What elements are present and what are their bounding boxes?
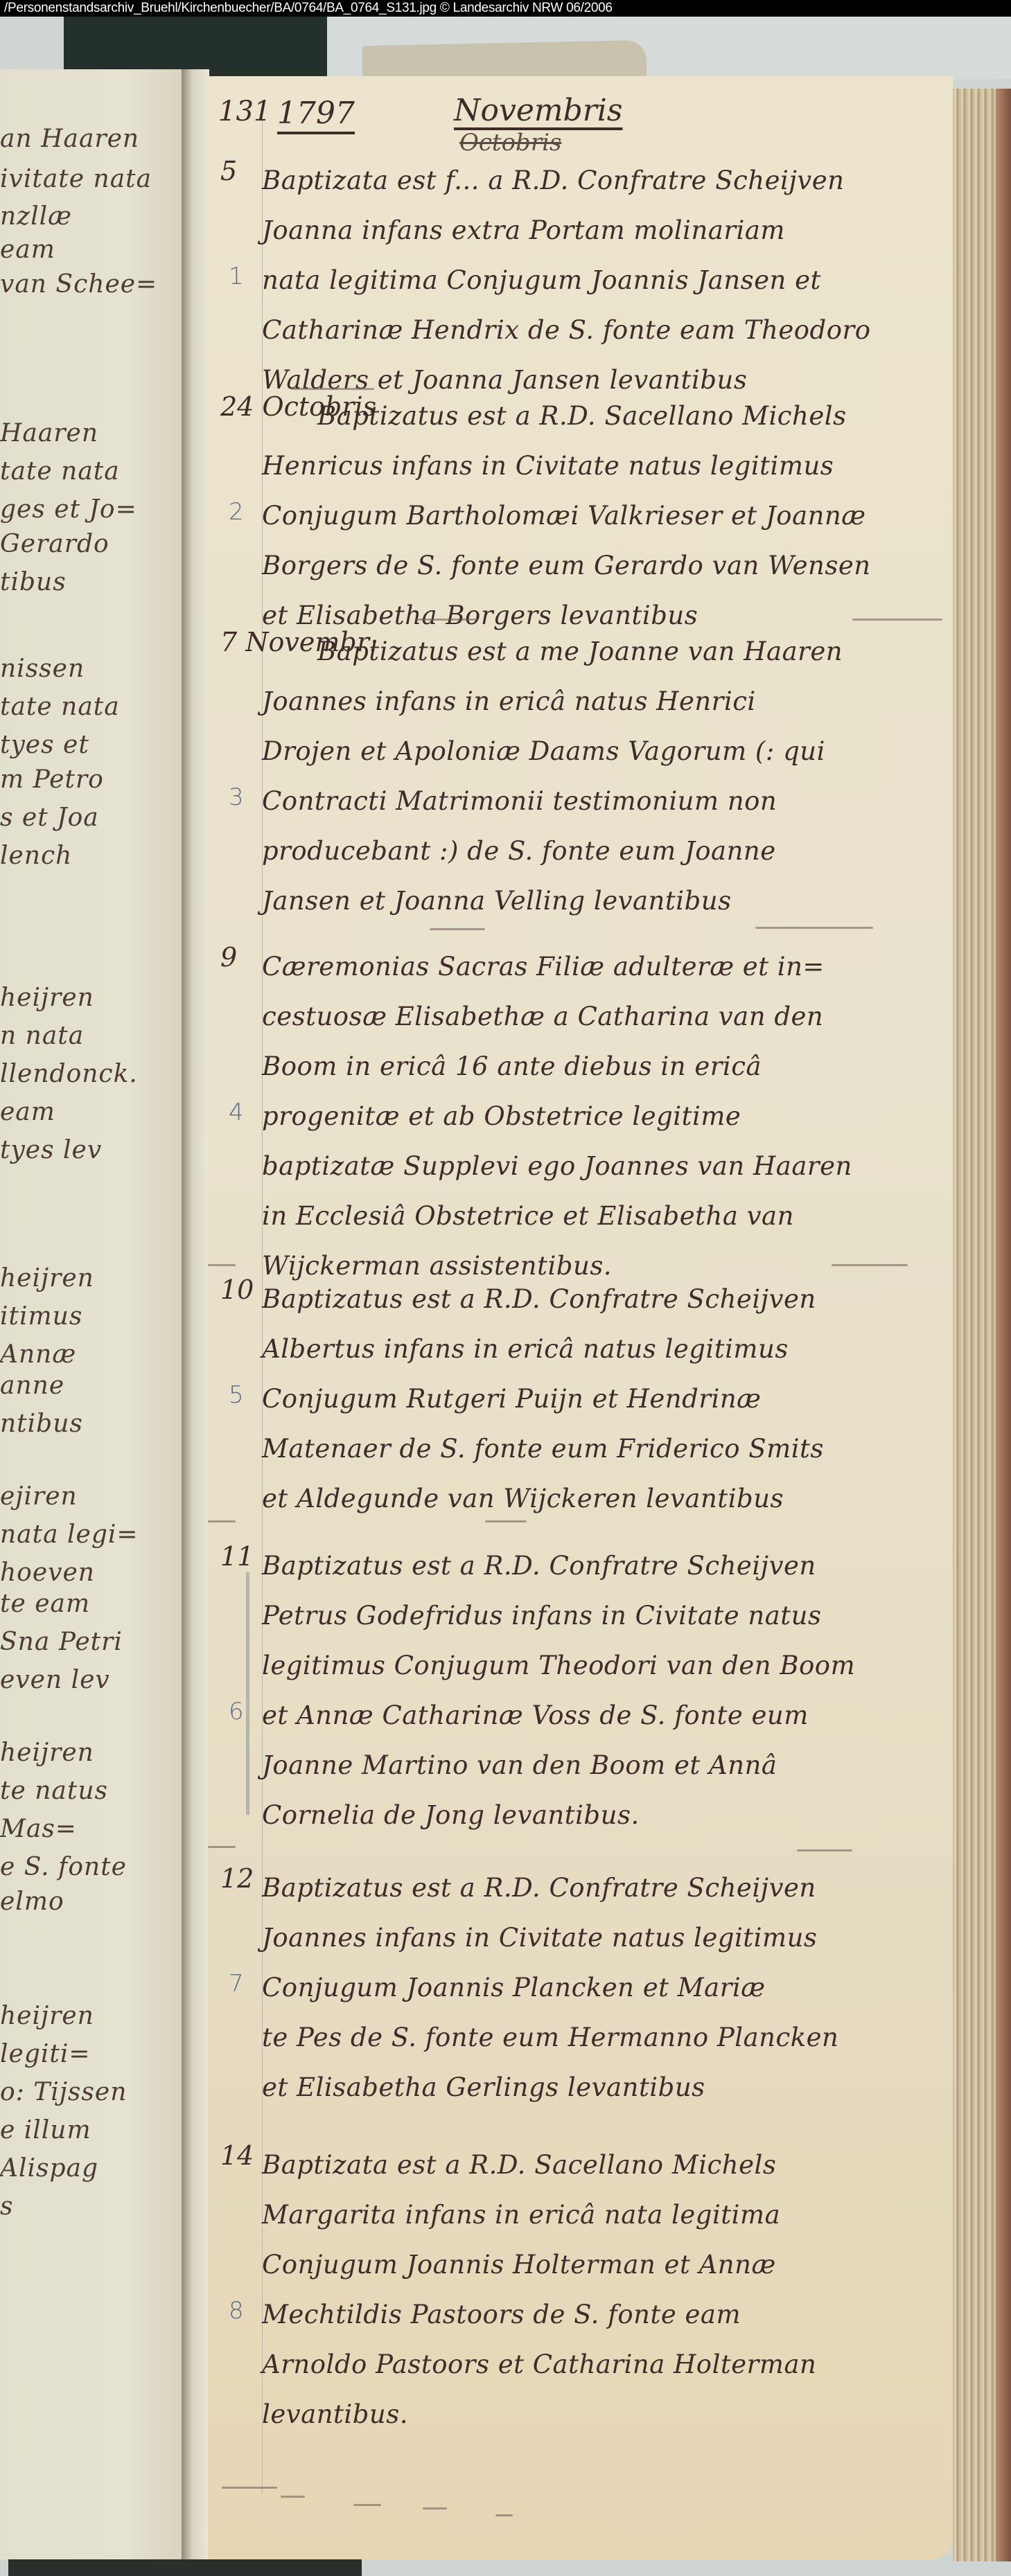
left-page-fragment: nissen <box>0 655 85 683</box>
entry-sequence-number: 3 <box>229 783 244 811</box>
entry-text: Baptizatus est a R.D. Sacellano MichelsH… <box>262 391 948 641</box>
left-page-fragment: heijren <box>0 984 94 1012</box>
entry-line: et Aldegunde van Wijckeren levantibus <box>262 1474 948 1524</box>
entry-line: Joanne Martino van den Boom et Annâ <box>262 1741 948 1791</box>
entry-line: cestuosæ Elisabethæ a Catharina van den <box>262 992 948 1042</box>
left-page-fragment: e illum <box>0 2116 91 2144</box>
entry-line: Baptizata est a R.D. Sacellano Michels <box>262 2140 948 2190</box>
entry-text: Cæremonias Sacras Filiæ adulteræ et in=c… <box>262 942 948 1291</box>
entry-line: Baptizatus est a R.D. Confratre Scheijve… <box>262 1541 948 1591</box>
entry-line: baptizatæ Supplevi ego Joannes van Haare… <box>262 1142 948 1191</box>
entry-line: legitimus Conjugum Theodori van den Boom <box>262 1641 948 1691</box>
left-page-fragment: itimus <box>0 1302 82 1331</box>
entry-text: Baptizatus est a R.D. Confratre Scheijve… <box>262 1863 948 2113</box>
left-page-fragment: te natus <box>0 1777 108 1805</box>
entry-line: Baptizata est f... a R.D. Confratre Sche… <box>262 156 948 206</box>
entry-date: 11 <box>220 1541 254 1572</box>
entry-line: Mechtildis Pastoors de S. fonte eam <box>262 2290 948 2340</box>
entry-line: Contracti Matrimonii testimonium non <box>262 776 948 826</box>
entry-line: te Pes de S. fonte eum Hermanno Plancken <box>262 2013 948 2063</box>
entry-line: et Elisabetha Gerlings levantibus <box>262 2063 948 2113</box>
entry-text: Baptizatus est a R.D. Confratre Scheijve… <box>262 1274 948 1524</box>
entry-line: progenitæ et ab Obstetrice legitime <box>262 1092 948 1142</box>
left-page-fragment: ivitate nata <box>0 165 152 193</box>
left-page-fragment: tyes et <box>0 731 89 759</box>
entry-line: Matenaer de S. fonte eum Friderico Smits <box>262 1424 948 1474</box>
entry-date: 14 <box>220 2140 254 2171</box>
left-page-fragment: m Petro <box>0 765 104 794</box>
entry-separator <box>485 1520 527 1522</box>
entry-sequence-number: 7 <box>229 1970 244 1998</box>
entry-text: Baptizata est a R.D. Sacellano MichelsMa… <box>262 2140 948 2440</box>
book-gutter <box>182 69 209 2559</box>
entry-date: 9 <box>220 942 237 972</box>
left-page-fragment: te eam <box>0 1590 90 1618</box>
left-page-fragment: eam <box>0 1098 55 1126</box>
page-edges <box>953 89 1011 2561</box>
left-page-fragment: anne <box>0 1371 64 1400</box>
entry-line: Boom in ericâ 16 ante diebus in ericâ <box>262 1042 948 1092</box>
entry-line: levantibus. <box>262 2390 948 2440</box>
left-page-fragment: heijren <box>0 1264 94 1293</box>
entry-separator <box>208 1520 236 1522</box>
file-path-bar: /Personenstandsarchiv_Bruehl/Kirchenbuec… <box>0 0 1011 17</box>
left-page-fragment: s et Joa <box>0 803 99 832</box>
left-page-fragment: even lev <box>0 1666 110 1694</box>
entry-text: Baptizata est f... a R.D. Confratre Sche… <box>262 156 948 405</box>
entry-line: in Ecclesiâ Obstetrice et Elisabetha van <box>262 1191 948 1241</box>
entry-separator <box>430 928 485 930</box>
left-page-fragment: tate nata <box>0 457 120 486</box>
left-page-fragment: Annæ <box>0 1340 76 1369</box>
entry-line: Joannes infans in Civitate natus legitim… <box>262 1913 948 1963</box>
entry-line: producebant :) de S. fonte eum Joanne <box>262 826 948 876</box>
entry-line: Margarita infans in ericâ nata legitima <box>262 2190 948 2240</box>
left-page-fragment: e S. fonte <box>0 1853 127 1881</box>
left-page-fragment: heijren <box>0 2002 94 2030</box>
entry-separator <box>832 1264 908 1266</box>
entry-line: Joannes infans in ericâ natus Henrici <box>262 677 948 727</box>
entry-separator <box>291 388 374 390</box>
left-page-fragment: heijren <box>0 1739 94 1767</box>
left-page-fragment: tibus <box>0 568 67 596</box>
left-page-fragment: n nata <box>0 1022 84 1050</box>
entry-date: 12 <box>220 1863 254 1894</box>
left-page-fragment: Sna Petri <box>0 1628 123 1656</box>
left-page-fragment: hoeven <box>0 1558 95 1587</box>
entry-line: Cornelia de Jong levantibus. <box>262 1791 948 1840</box>
entry-line: Conjugum Rutgeri Puijn et Hendrinæ <box>262 1374 948 1424</box>
left-page-fragment: s <box>0 2192 13 2221</box>
entry-line: Catharinæ Hendrix de S. fonte eam Theodo… <box>262 305 948 355</box>
entry-sequence-number: 1 <box>229 263 244 290</box>
left-page-fragment: elmo <box>0 1887 64 1916</box>
entry-separator <box>222 2487 277 2489</box>
entry-line: Borgers de S. fonte eum Gerardo van Wens… <box>262 541 948 591</box>
entry-sequence-number: 5 <box>229 1381 244 1409</box>
entry-sequence-number: 6 <box>229 1698 244 1725</box>
entry-line: Albertus infans in ericâ natus legitimus <box>262 1324 948 1374</box>
entry-separator <box>423 2507 447 2510</box>
left-page-fragment: legiti= <box>0 2040 91 2068</box>
entry-separator <box>208 1846 236 1848</box>
entry-text: Baptizatus est a R.D. Confratre Scheijve… <box>262 1541 948 1840</box>
entry-line: Baptizatus est a me Joanne van Haaren <box>262 627 948 677</box>
entry-separator <box>281 2496 305 2498</box>
entry-line: Conjugum Joannis Plancken et Mariæ <box>262 1963 948 2013</box>
left-page-fragment: o: Tijssen <box>0 2078 127 2106</box>
month: Novembris <box>454 93 622 128</box>
entry-date: 10 <box>220 1274 254 1305</box>
entry-separator <box>208 1264 236 1266</box>
left-page-fragment: eam <box>0 236 55 264</box>
entry-sequence-number: 4 <box>229 1099 244 1126</box>
left-page-fragment: an Haaren <box>0 125 139 153</box>
file-path-text: /Personenstandsarchiv_Bruehl/Kirchenbuec… <box>4 1 613 15</box>
left-page-fragment: Haaren <box>0 419 98 447</box>
entry-line: Joanna infans extra Portam molinariam <box>262 206 948 256</box>
entry-line: Cæremonias Sacras Filiæ adulteræ et in= <box>262 942 948 992</box>
left-page-fragment: nzllæ <box>0 202 72 231</box>
entry-separator <box>353 2504 381 2506</box>
entry-line: Conjugum Bartholomæi Valkrieser et Joann… <box>262 491 948 541</box>
left-page-fragment: lench <box>0 842 72 870</box>
entry-line: Arnoldo Pastoors et Catharina Holterman <box>262 2340 948 2390</box>
entry-line: Baptizatus est a R.D. Confratre Scheijve… <box>262 1274 948 1324</box>
page-number: 131 <box>218 96 271 127</box>
left-facing-page: an Haarenivitate natanzllæeamvan Schee=H… <box>0 69 184 2559</box>
left-page-fragment: ges et Jo= <box>0 495 137 524</box>
left-page-fragment: van Schee= <box>0 270 157 299</box>
entry-separator <box>495 2514 513 2516</box>
left-page-fragment: Gerardo <box>0 530 109 558</box>
entry-line: Drojen et Apoloniæ Daams Vagorum (: qui <box>262 727 948 776</box>
entry-sequence-number: 2 <box>229 498 244 526</box>
left-page-fragment: ntibus <box>0 1410 83 1438</box>
entry-line: Petrus Godefridus infans in Civitate nat… <box>262 1591 948 1641</box>
entry-text: Baptizatus est a me Joanne van HaarenJoa… <box>262 627 948 926</box>
entry-line: Baptizatus est a R.D. Sacellano Michels <box>262 391 948 441</box>
entry-separator <box>416 619 478 621</box>
left-page-fragment: ejiren <box>0 1482 78 1511</box>
entry-line: nata legitima Conjugum Joannis Jansen et <box>262 256 948 305</box>
left-page-fragment: llendonck. <box>0 1060 138 1088</box>
entry-separator <box>755 927 873 929</box>
entry-line: Baptizatus est a R.D. Confratre Scheijve… <box>262 1863 948 1913</box>
entry-separator <box>797 1849 852 1851</box>
left-page-fragment: Alispag <box>0 2154 98 2183</box>
entry-line: Conjugum Joannis Holterman et Annæ <box>262 2240 948 2290</box>
entry-sequence-number: 8 <box>229 2297 244 2325</box>
left-page-fragment: tyes lev <box>0 1136 102 1164</box>
entry-line: Jansen et Joanna Velling levantibus <box>262 876 948 926</box>
entry-date: 5 <box>220 156 237 186</box>
pencil-margin-mark <box>246 1572 249 1815</box>
left-page-fragment: Mas= <box>0 1815 77 1843</box>
left-page-fragment: nata legi= <box>0 1520 139 1549</box>
entry-line: Henricus infans in Civitate natus legiti… <box>262 441 948 491</box>
entry-line: et Annæ Catharinæ Voss de S. fonte eum <box>262 1691 948 1741</box>
year: 1797 <box>277 96 355 131</box>
entry-separator <box>852 619 942 621</box>
month-struck-through: Octobris <box>459 129 561 157</box>
left-page-fragment: tate nata <box>0 693 120 721</box>
